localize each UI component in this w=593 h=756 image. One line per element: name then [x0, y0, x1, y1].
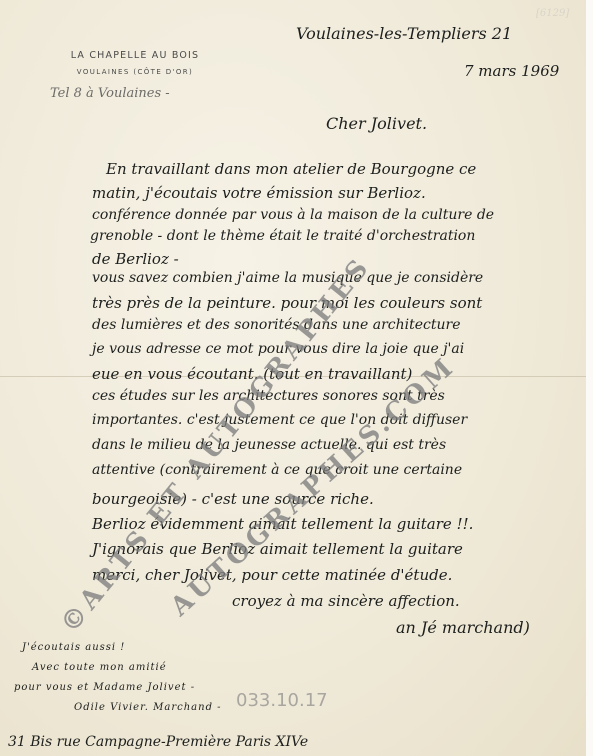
postscript-signature: Odile Vivier. Marchand - — [74, 702, 222, 713]
salutation: Cher Jolivet. — [326, 114, 427, 133]
body-line: matin, j'écoutais votre émission sur Ber… — [92, 184, 426, 202]
body-line: conférence donnée par vous à la maison d… — [92, 207, 494, 223]
closing-line: croyez à ma sincère affection. — [232, 592, 460, 610]
postscript-line: pour vous et Madame Jolivet - — [14, 682, 195, 693]
archive-ref-top: [6129] — [536, 8, 569, 19]
body-line: dans le milieu de la jeunesse actuelle. … — [92, 437, 446, 453]
archive-ref-bottom: 033.10.17 — [236, 690, 328, 711]
date-line: 7 mars 1969 — [464, 62, 559, 80]
body-line: très près de la peinture. pour moi les c… — [92, 294, 482, 312]
letter-page: LA CHAPELLE AU BOIS VOULAINES (CÔTE D'OR… — [0, 0, 586, 756]
body-line: grenoble - dont le thème était le traité… — [90, 228, 475, 244]
letterhead-place: VOULAINES (CÔTE D'OR) — [0, 68, 270, 76]
body-line: de Berlioz - — [92, 250, 179, 268]
postscript-line: Avec toute mon amitié — [32, 662, 167, 673]
scan-edge — [586, 0, 593, 756]
body-line: bourgeoisie) - c'est une source riche. — [92, 490, 374, 508]
body-line: merci, cher Jolivet, pour cette matinée … — [92, 566, 452, 584]
pencil-phone-note: Tel 8 à Voulaines - — [50, 86, 170, 101]
postscript-line: J'écoutais aussi ! — [22, 642, 125, 653]
letterhead-name: LA CHAPELLE AU BOIS — [0, 50, 270, 61]
place-line: Voulaines-les-Templiers 21 — [296, 24, 512, 43]
body-line: En travaillant dans mon atelier de Bourg… — [106, 160, 476, 178]
signature: an Jé marchand) — [396, 618, 530, 637]
address-line: 31 Bis rue Campagne-Première Paris XIVe — [8, 734, 308, 750]
body-line: attentive (contrairement à ce que croit … — [92, 462, 462, 478]
body-line: vous savez combien j'aime la musique que… — [92, 270, 483, 286]
body-line: des lumières et des sonorités dans une a… — [92, 317, 461, 333]
